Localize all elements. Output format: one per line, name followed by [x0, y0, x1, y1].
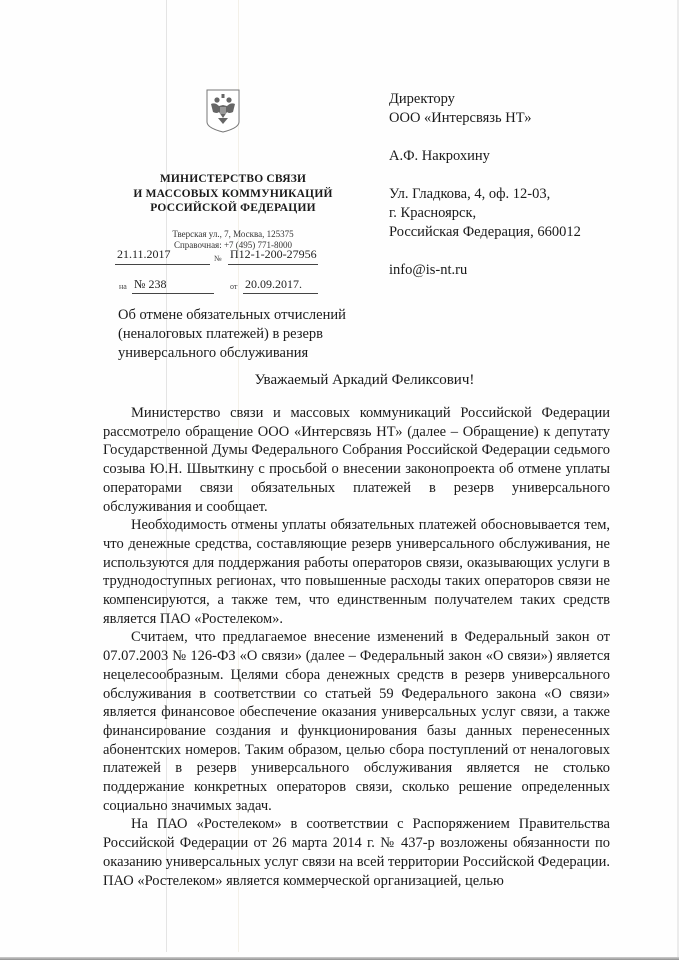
- reply-to-label: на: [119, 282, 127, 291]
- coat-of-arms-icon: [205, 88, 241, 134]
- outgoing-number: П12-1-200-27956: [230, 247, 317, 262]
- ministry-address: Тверская ул., 7, Москва, 125375: [108, 229, 358, 240]
- addressee-address-line: г. Красноярск,: [389, 204, 581, 223]
- addressee-email: info@is-nt.ru: [389, 261, 581, 280]
- number-label: №: [214, 254, 222, 263]
- letter-body: Министерство связи и массовых коммуникац…: [103, 404, 610, 890]
- greeting: Уважаемый Аркадий Феликсович!: [0, 372, 679, 389]
- addressee-address-line: Ул. Гладкова, 4, оф. 12-03,: [389, 185, 581, 204]
- addressee-position: Директору: [389, 90, 581, 109]
- body-paragraph: Считаем, что предлагаемое внесение измен…: [103, 628, 610, 815]
- subject-line: универсального обслуживания: [118, 344, 346, 363]
- addressee-company: ООО «Интерсвязь НТ»: [389, 109, 581, 128]
- addressee-address-line: Российская Федерация, 660012: [389, 223, 581, 242]
- outgoing-date: 21.11.2017: [117, 247, 171, 262]
- letter-subject: Об отмене обязательных отчислений (ненал…: [118, 306, 346, 363]
- reply-from-date: 20.09.2017.: [245, 277, 302, 292]
- body-paragraph: На ПАО «Ростелеком» в соответствии с Рас…: [103, 815, 610, 890]
- reply-from-label: от: [230, 282, 237, 291]
- addressee-name: А.Ф. Накрохину: [389, 147, 581, 166]
- body-paragraph: Необходимость отмены уплаты обязательных…: [103, 516, 610, 628]
- ministry-name-line: И МАССОВЫХ КОММУНИКАЦИЙ: [108, 187, 358, 202]
- addressee-block: Директору ООО «Интерсвязь НТ» А.Ф. Накро…: [389, 90, 581, 280]
- ministry-name: МИНИСТЕРСТВО СВЯЗИ И МАССОВЫХ КОММУНИКАЦ…: [108, 172, 358, 216]
- number-underline: [228, 264, 318, 265]
- reply-date-underline: [243, 293, 318, 294]
- subject-line: Об отмене обязательных отчислений: [118, 306, 346, 325]
- body-paragraph: Министерство связи и массовых коммуникац…: [103, 404, 610, 516]
- letter-page: МИНИСТЕРСТВО СВЯЗИ И МАССОВЫХ КОММУНИКАЦ…: [0, 0, 679, 960]
- subject-line: (неналоговых платежей) в резерв: [118, 325, 346, 344]
- ministry-name-line: МИНИСТЕРСТВО СВЯЗИ: [108, 172, 358, 187]
- reply-to-number: № 238: [134, 277, 166, 292]
- ministry-name-line: РОССИЙСКОЙ ФЕДЕРАЦИИ: [108, 201, 358, 216]
- date-underline: [115, 264, 210, 265]
- reply-number-underline: [132, 293, 214, 294]
- letterhead: МИНИСТЕРСТВО СВЯЗИ И МАССОВЫХ КОММУНИКАЦ…: [108, 88, 358, 251]
